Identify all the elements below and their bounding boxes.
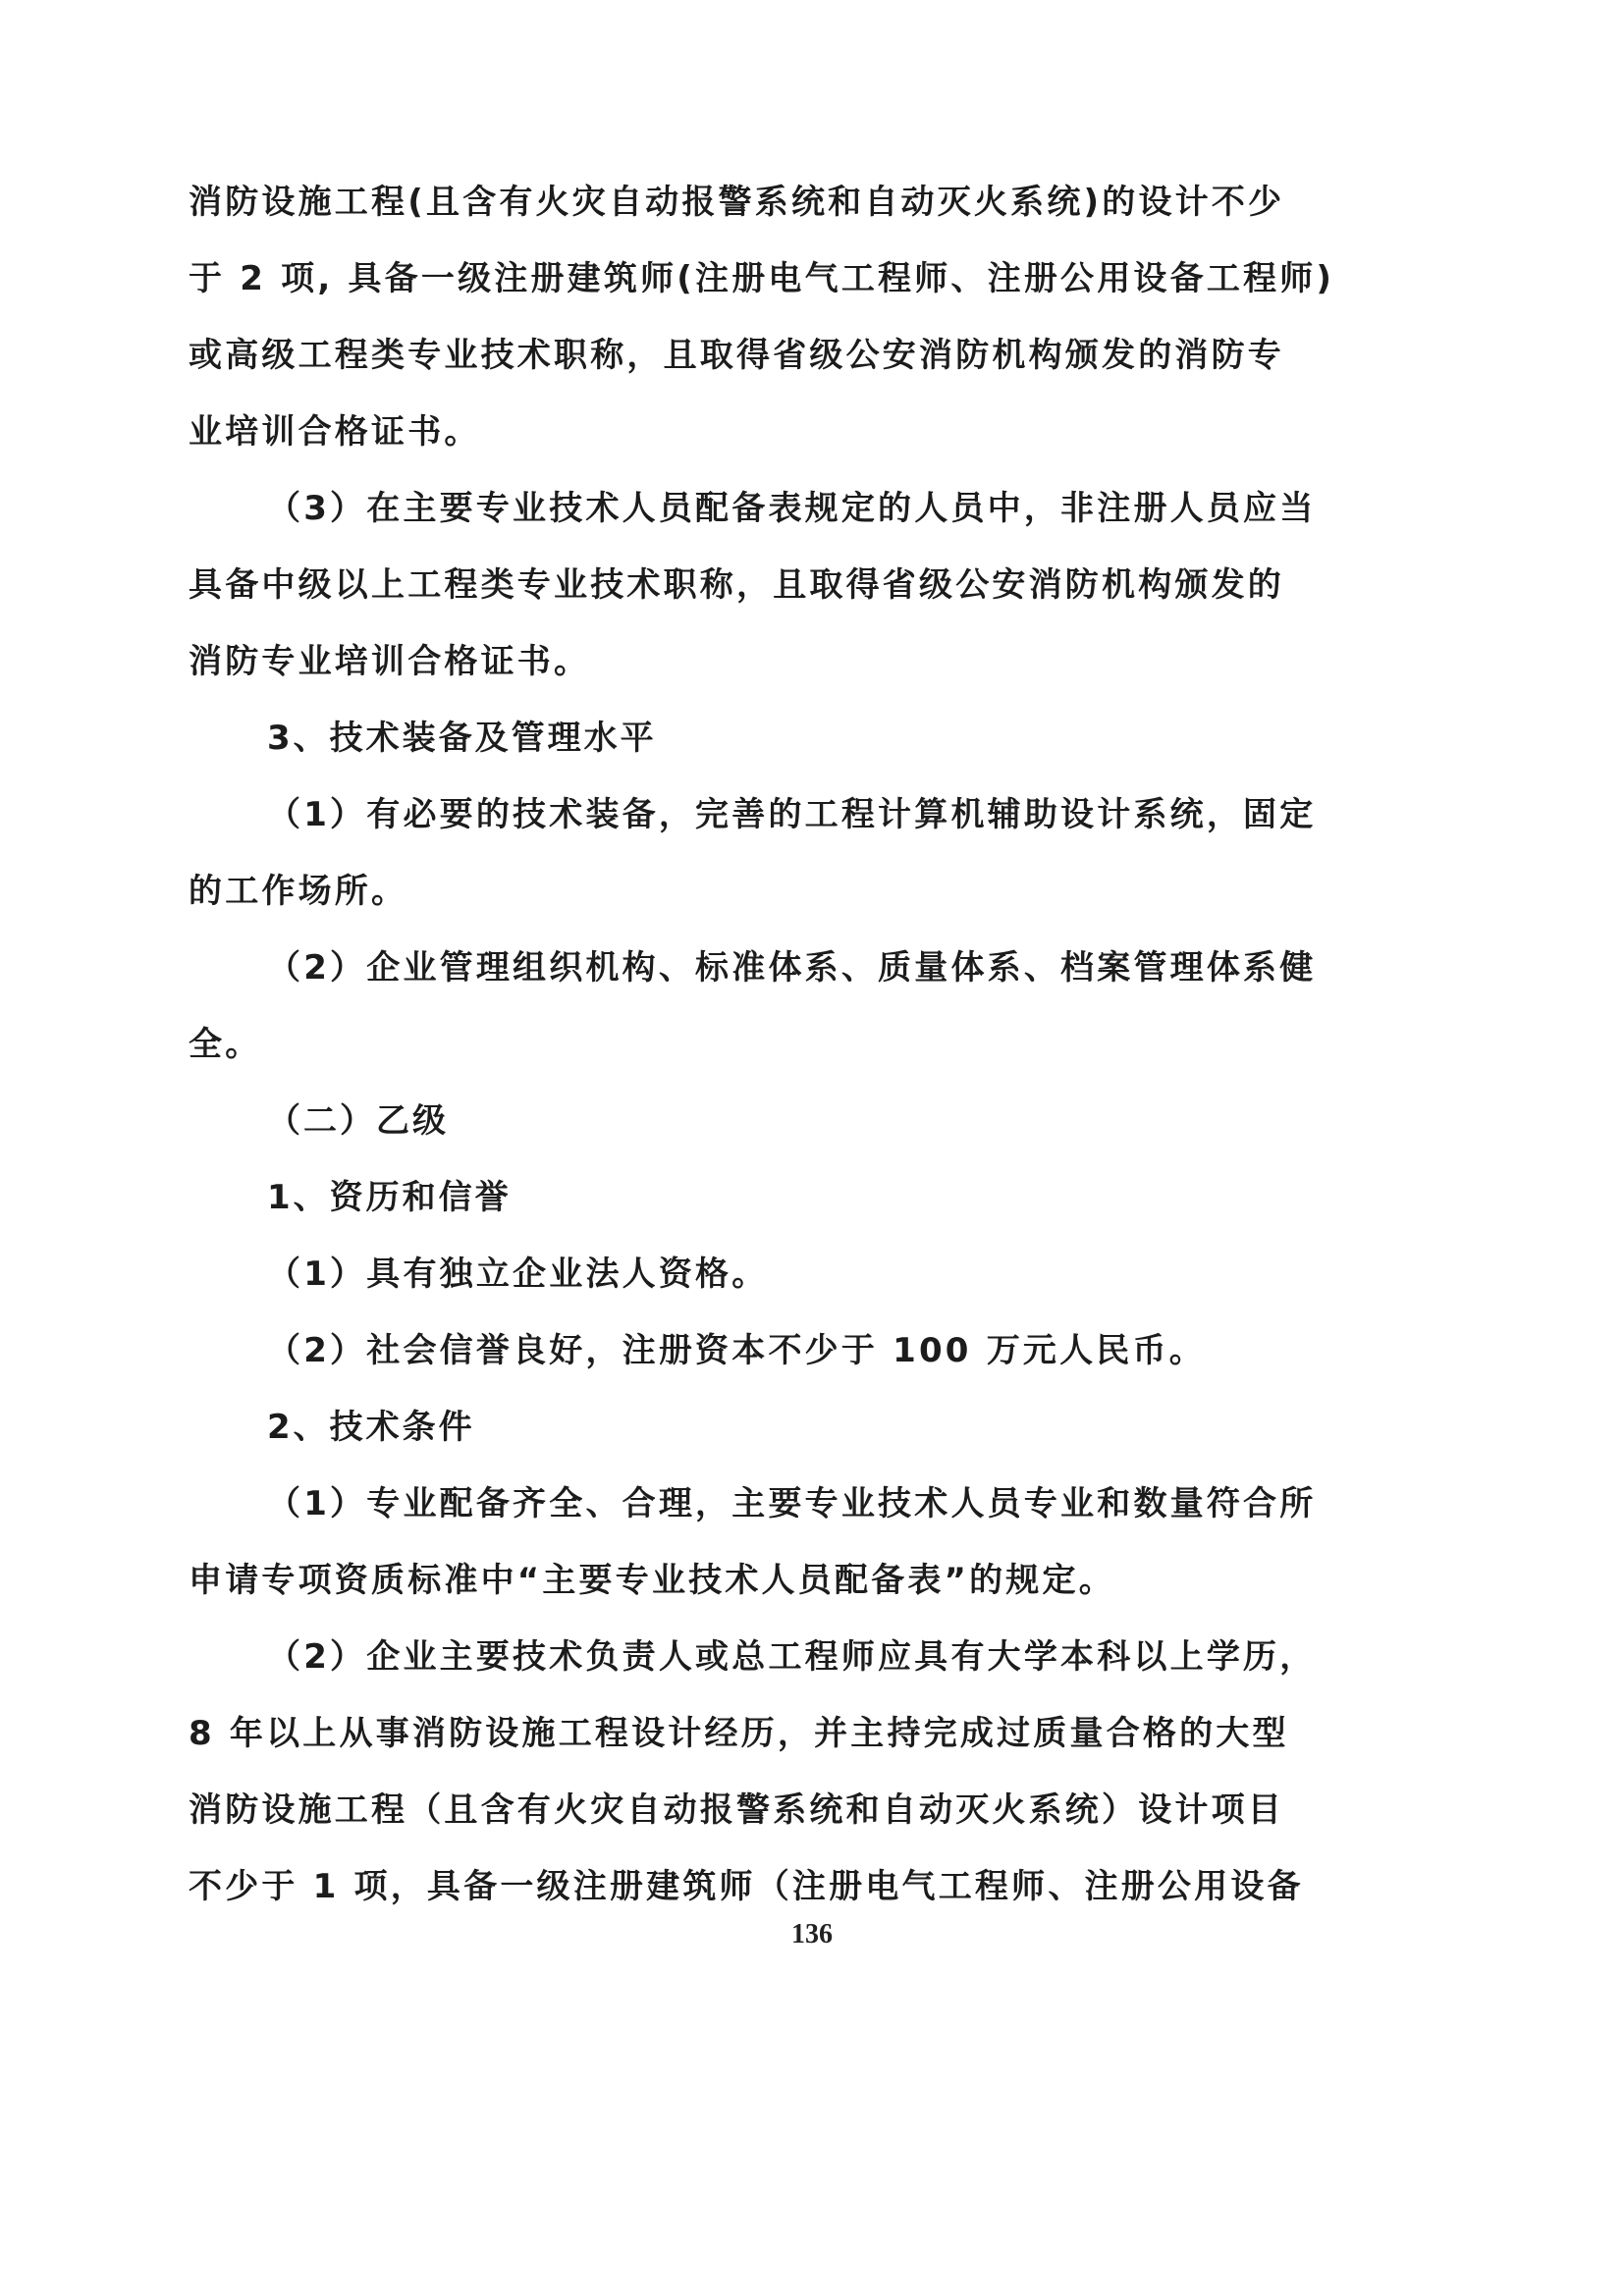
- paragraph-line: 或高级工程类专业技术职称，且取得省级公安消防机构颁发的消防专: [189, 336, 1327, 375]
- page-number: 136: [0, 1919, 1624, 1950]
- document-page: 消防设施工程(且含有火灾自动报警系统和自动灭火系统)的设计不少 于 2 项, 具…: [0, 0, 1624, 2296]
- paragraph-line: （3）在主要专业技术人员配备表规定的人员中，非注册人员应当: [267, 489, 1327, 528]
- paragraph-line: （2）企业主要技术负责人或总工程师应具有大学本科以上学历，: [267, 1637, 1327, 1677]
- paragraph-line: 8 年以上从事消防设施工程设计经历，并主持完成过质量合格的大型: [189, 1714, 1327, 1753]
- paragraph-line: 消防设施工程(且含有火灾自动报警系统和自动灭火系统)的设计不少: [189, 183, 1327, 222]
- paragraph-line: 的工作场所。: [189, 872, 1327, 911]
- section-heading: 1、资历和信誉: [267, 1178, 1327, 1217]
- section-heading: （二）乙级: [267, 1101, 1327, 1141]
- paragraph-line: 具备中级以上工程类专业技术职称，且取得省级公安消防机构颁发的: [189, 565, 1327, 605]
- paragraph-line: 消防设施工程（且含有火灾自动报警系统和自动灭火系统）设计项目: [189, 1790, 1327, 1830]
- paragraph-line: （1）有必要的技术装备，完善的工程计算机辅助设计系统，固定: [267, 795, 1327, 834]
- paragraph-line: 申请专项资质标准中“主要专业技术人员配备表”的规定。: [189, 1561, 1327, 1600]
- paragraph-line: 消防专业培训合格证书。: [189, 642, 1327, 681]
- paragraph-line: （1）具有独立企业法人资格。: [267, 1255, 1327, 1294]
- paragraph-line: 全。: [189, 1025, 1327, 1064]
- paragraph-line: （1）专业配备齐全、合理，主要专业技术人员专业和数量符合所: [267, 1484, 1327, 1523]
- paragraph-line: 不少于 1 项，具备一级注册建筑师（注册电气工程师、注册公用设备: [189, 1867, 1327, 1906]
- paragraph-line: （2）企业管理组织机构、标准体系、质量体系、档案管理体系健: [267, 948, 1327, 988]
- paragraph-line: 业培训合格证书。: [189, 412, 1327, 452]
- section-heading: 3、技术装备及管理水平: [267, 719, 1327, 758]
- section-heading: 2、技术条件: [267, 1408, 1327, 1447]
- paragraph-line: （2）社会信誉良好，注册资本不少于 100 万元人民币。: [267, 1331, 1327, 1370]
- paragraph-line: 于 2 项, 具备一级注册建筑师(注册电气工程师、注册公用设备工程师): [189, 259, 1327, 298]
